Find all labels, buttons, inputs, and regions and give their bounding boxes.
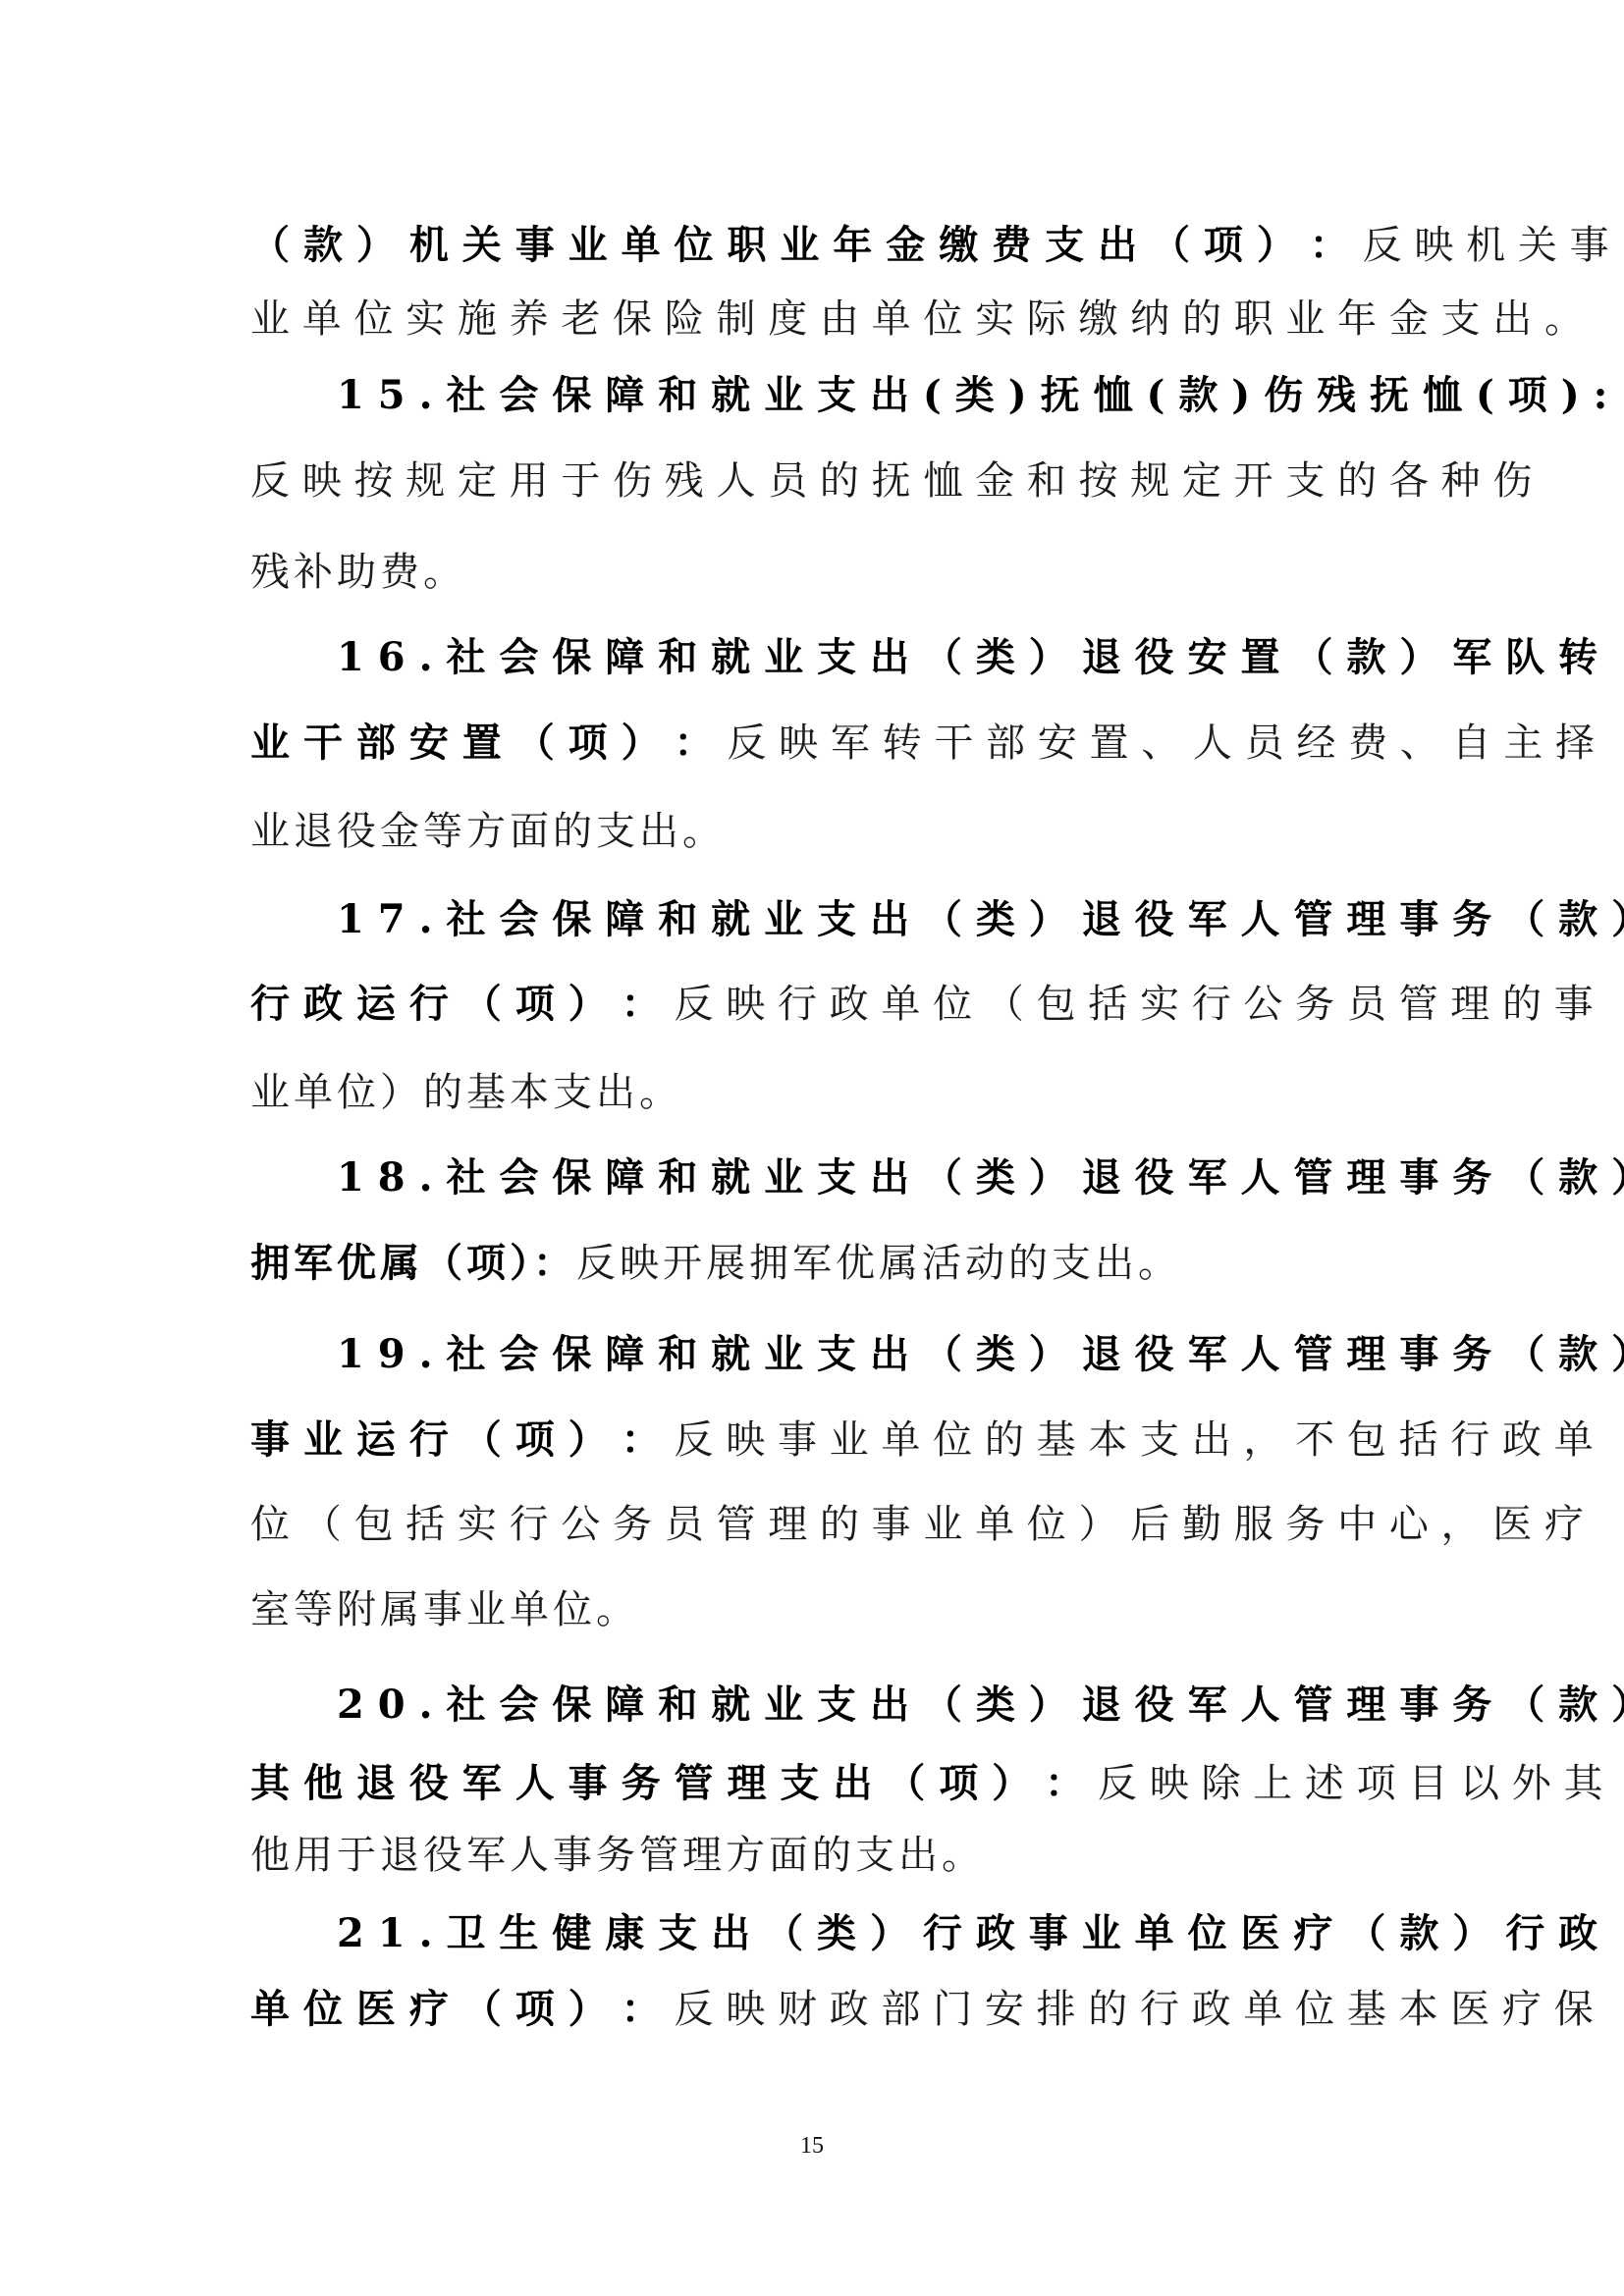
line-body-segment: 位​ （​ 包​ 括​ 实​ 行​ 公​ 务​ 员​ 管​ 理​ 的​ 事​ 业… <box>250 1502 1584 1547</box>
text-line-mixed: 行​ 政​ 运​ 行​ （​ 项​ ）​ ：​ 反​ 映​ 行​ 政​ 单​ 位… <box>250 981 1370 1028</box>
text-line-mixed: 其​ 他​ 退​ 役​ 军​ 人​ 事​ 务​ 管​ 理​ 支​ 出​ （​ 项… <box>250 1760 1370 1807</box>
item-20-heading: 2​ 0​ .​ 社​ 会​ 保​ 障​ 和​ 就​ 业​ 支​ 出​ （​ 类… <box>337 1682 1372 1729</box>
line-body-segment: 反​ 映​ 机​ 关​ 事 <box>1363 223 1609 268</box>
line-body-segment: 反​ 映​ 财​ 政​ 部​ 门​ 安​ 排​ 的​ 行​ 政​ 单​ 位​ 基… <box>675 1987 1594 2032</box>
text-line-body-end: 业退役金等方面的支出。 <box>250 808 1370 855</box>
text-line-body-end: 业单位）的基本支出。 <box>250 1069 1370 1116</box>
line-heading-segment: 事​ 业​ 运​ 行​ （​ 项​ ）​ ：​ <box>250 1416 675 1463</box>
line-body-segment: 业退役金等方面的支出。 <box>250 809 726 854</box>
page-number: 15 <box>785 2132 839 2160</box>
item-16-heading: 1​ 6​ .​ 社​ 会​ 保​ 障​ 和​ 就​ 业​ 支​ 出​ （​ 类… <box>337 634 1372 681</box>
line-heading-segment: 行​ 政​ 运​ 行​ （​ 项​ ）​ ：​ <box>250 981 675 1027</box>
text-line-mixed: 单​ 位​ 医​ 疗​ （​ 项​ ）​ ：​ 反​ 映​ 财​ 政​ 部​ 门… <box>250 1986 1370 2033</box>
line-heading-segment: 1​ 9​ .​ 社​ 会​ 保​ 障​ 和​ 就​ 业​ 支​ 出​ （​ 类… <box>337 1331 1624 1377</box>
text-line-body: 位​ （​ 包​ 括​ 实​ 行​ 公​ 务​ 员​ 管​ 理​ 的​ 事​ 业… <box>250 1501 1370 1548</box>
line-body-segment: 他用于退役军人事务管理方面的支出。 <box>250 1833 985 1878</box>
text-line-body-end: 他用于退役军人事务管理方面的支出。 <box>250 1832 1370 1879</box>
line-heading-segment: 业​ 干​ 部​ 安​ 置​ （​ 项​ ）​ ：​ <box>250 720 727 766</box>
document-page: （​ 款​ ）​ 机​ 关​ 事​ 业​ 单​ 位​ 职​ 业​ 年​ 金​ 缴… <box>0 0 1624 2296</box>
item-21-heading: 2​ 1​ .​ 卫​ 生​ 健​ 康​ 支​ 出​ （​ 类​ ）​ 行​ 政… <box>337 1910 1372 1957</box>
text-line-mixed: 事​ 业​ 运​ 行​ （​ 项​ ）​ ：​ 反​ 映​ 事​ 业​ 单​ 位… <box>250 1416 1370 1464</box>
line-body-segment: 反​ 映​ 除​ 上​ 述​ 项​ 目​ 以​ 外​ 其 <box>1098 1761 1602 1806</box>
line-heading-segment: 2​ 1​ .​ 卫​ 生​ 健​ 康​ 支​ 出​ （​ 类​ ）​ 行​ 政… <box>337 1910 1597 1956</box>
text-line-mixed: 业​ 干​ 部​ 安​ 置​ （​ 项​ ）​ ：​ 反​ 映​ 军​ 转​ 干… <box>250 720 1370 767</box>
line-body-segment: 室等附属事业单位。 <box>250 1587 639 1632</box>
line-body-segment: 反​ 映​ 按​ 规​ 定​ 用​ 于​ 伤​ 残​ 人​ 员​ 的​ 抚​ 恤… <box>250 458 1532 504</box>
line-body-segment: 反​ 映​ 事​ 业​ 单​ 位​ 的​ 基​ 本​ 支​ 出​ ，​ 不​ 包… <box>675 1417 1594 1463</box>
line-body-segment: 残补助费。 <box>250 550 466 595</box>
text-line-body: 反​ 映​ 按​ 规​ 定​ 用​ 于​ 伤​ 残​ 人​ 员​ 的​ 抚​ 恤… <box>250 457 1370 505</box>
line-body-segment: 业​ 单​ 位​ 实​ 施​ 养​ 老​ 保​ 险​ 制​ 度​ 由​ 单​ 位… <box>250 296 1584 342</box>
text-line-body-end: 室等附属事业单位。 <box>250 1586 1370 1633</box>
item-15-heading: 1​ 5​ .​ 社​ 会​ 保​ 障​ 和​ 就​ 业​ 支​ 出​ (​ 类… <box>337 372 1372 419</box>
text-line-body-end: 残补助费。 <box>250 549 1370 596</box>
line-heading-segment: 2​ 0​ .​ 社​ 会​ 保​ 障​ 和​ 就​ 业​ 支​ 出​ （​ 类… <box>337 1682 1624 1728</box>
line-heading-segment: 1​ 6​ .​ 社​ 会​ 保​ 障​ 和​ 就​ 业​ 支​ 出​ （​ 类… <box>337 634 1597 680</box>
line-heading-segment: 拥军优属（项）： <box>250 1240 576 1286</box>
item-18-heading: 1​ 8​ .​ 社​ 会​ 保​ 障​ 和​ 就​ 业​ 支​ 出​ （​ 类… <box>337 1154 1372 1201</box>
line-body-segment: 反​ 映​ 行​ 政​ 单​ 位​ （​ 包​ 括​ 实​ 行​ 公​ 务​ 员… <box>675 982 1594 1027</box>
line-body-segment: 反映开展拥军优属活动的支出。 <box>576 1241 1181 1286</box>
line-heading-segment: 1​ 8​ .​ 社​ 会​ 保​ 障​ 和​ 就​ 业​ 支​ 出​ （​ 类… <box>337 1154 1624 1201</box>
text-line-continuation-14: （​ 款​ ）​ 机​ 关​ 事​ 业​ 单​ 位​ 职​ 业​ 年​ 金​ 缴… <box>250 222 1370 269</box>
line-body-segment: 反​ 映​ 军​ 转​ 干​ 部​ 安​ 置​ 、​ 人​ 员​ 经​ 费​ 、… <box>727 721 1595 766</box>
line-heading-segment: 单​ 位​ 医​ 疗​ （​ 项​ ）​ ：​ <box>250 1986 675 2032</box>
line-body-segment: 业单位）的基本支出。 <box>250 1070 682 1115</box>
line-heading-segment: 1​ 7​ .​ 社​ 会​ 保​ 障​ 和​ 就​ 业​ 支​ 出​ （​ 类… <box>337 896 1624 942</box>
item-19-heading: 1​ 9​ .​ 社​ 会​ 保​ 障​ 和​ 就​ 业​ 支​ 出​ （​ 类… <box>337 1331 1372 1378</box>
line-heading-segment: 1​ 5​ .​ 社​ 会​ 保​ 障​ 和​ 就​ 业​ 支​ 出​ (​ 类… <box>337 372 1607 418</box>
text-line-mixed-end: 拥军优属（项）：反映开展拥军优属活动的支出。 <box>250 1240 1370 1287</box>
line-heading-segment: （​ 款​ ）​ 机​ 关​ 事​ 业​ 单​ 位​ 职​ 业​ 年​ 金​ 缴… <box>250 222 1363 268</box>
item-17-heading: 1​ 7​ .​ 社​ 会​ 保​ 障​ 和​ 就​ 业​ 支​ 出​ （​ 类… <box>337 896 1372 943</box>
text-line-body: 业​ 单​ 位​ 实​ 施​ 养​ 老​ 保​ 险​ 制​ 度​ 由​ 单​ 位… <box>250 295 1370 343</box>
line-heading-segment: 其​ 他​ 退​ 役​ 军​ 人​ 事​ 务​ 管​ 理​ 支​ 出​ （​ 项… <box>250 1760 1098 1806</box>
